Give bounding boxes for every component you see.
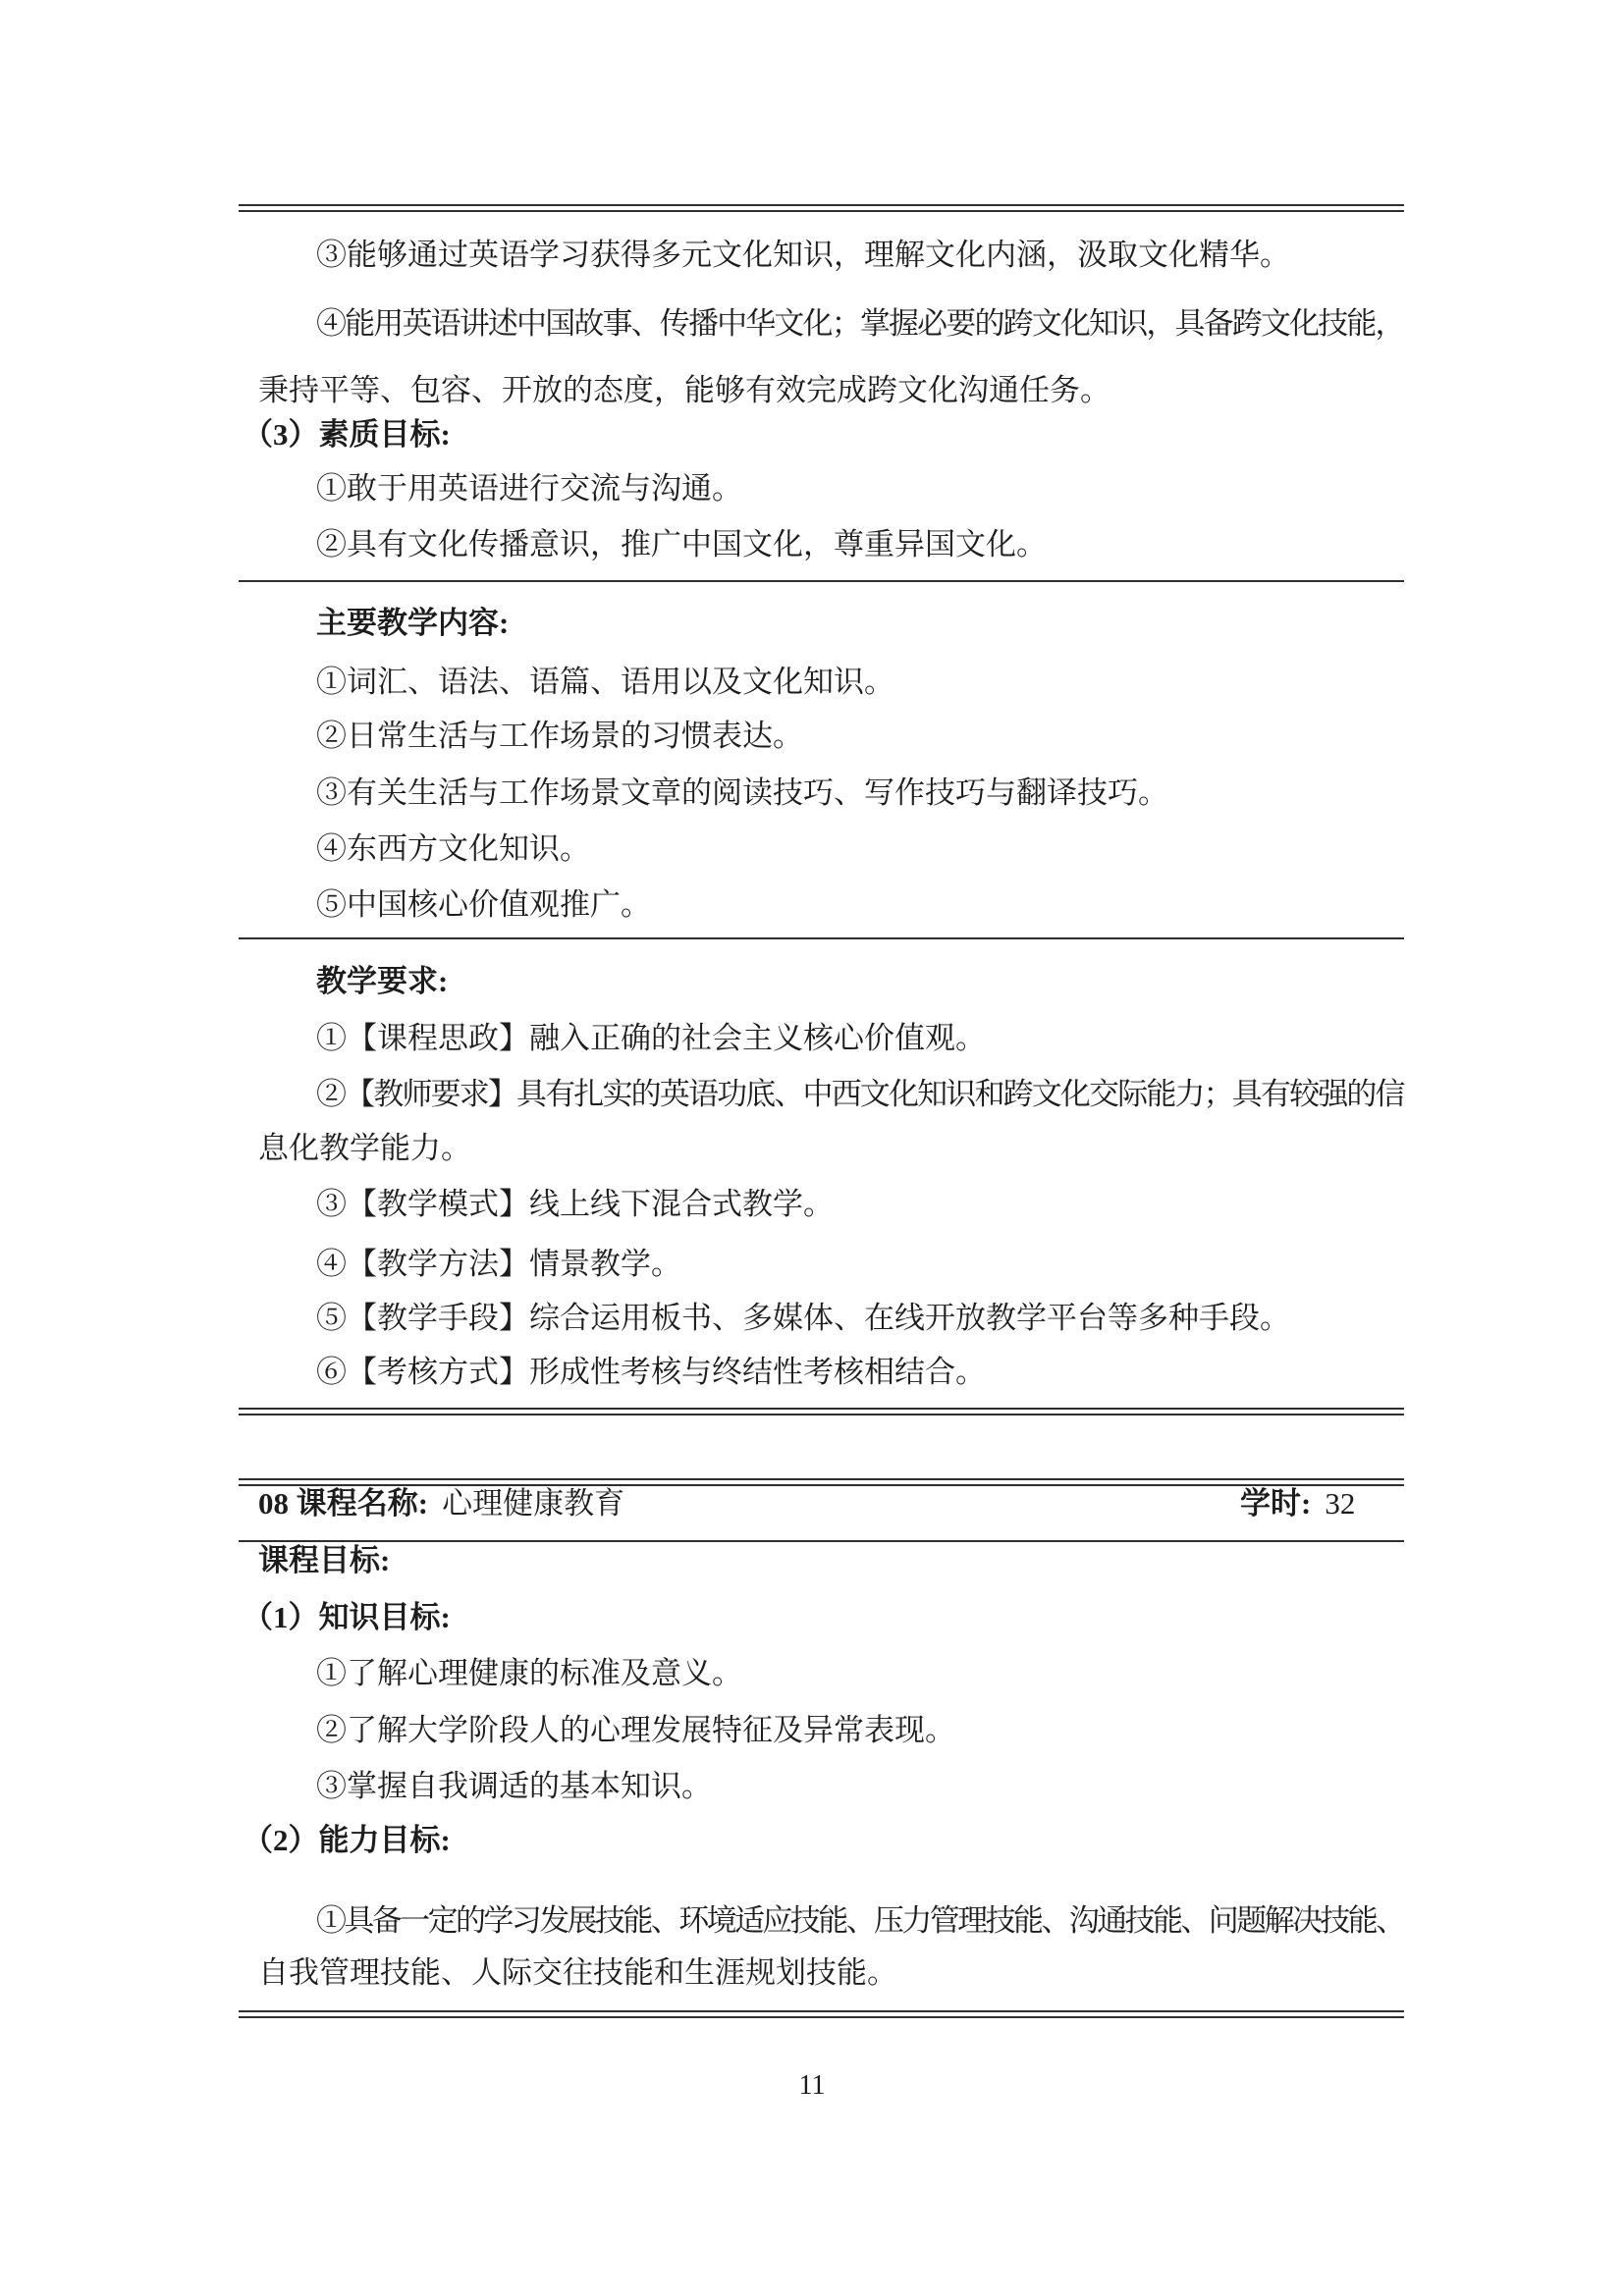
heading-teaching-requirements: 教学要求:	[316, 963, 448, 999]
knowledge-item1: ①了解心理健康的标准及意义。	[316, 1655, 742, 1691]
requirements-item5: ⑤【教学手段】综合运用板书、多媒体、在线开放教学平台等多种手段。	[316, 1300, 1290, 1336]
ability-item1-line2: 自我管理技能、人际交往技能和生涯规划技能。	[258, 1954, 897, 1991]
double-rule-course07-end	[239, 1408, 1404, 1415]
requirements-item1: ①【课程思政】融入正确的社会主义核心价值观。	[316, 1020, 986, 1056]
knowledge-item3: ③掌握自我调适的基本知识。	[316, 1768, 712, 1804]
course-name: 心理健康教育	[442, 1486, 624, 1521]
content-item5: ⑤中国核心价值观推广。	[316, 886, 651, 923]
course08-header-divider	[239, 1540, 1404, 1542]
content-item3: ③有关生活与工作场景文章的阅读技巧、写作技巧与翻译技巧。	[316, 774, 1168, 811]
paragraph-knowledge-item4-line2: 秉持平等、包容、开放的态度，能够有效完成跨文化沟通任务。	[258, 372, 1110, 408]
knowledge-item2: ②了解大学阶段人的心理发展特征及异常表现。	[316, 1712, 955, 1748]
course-hours: 学时:32	[1240, 1485, 1355, 1522]
course-number-label: 08 课程名称:	[258, 1486, 428, 1521]
double-rule-top	[239, 204, 1404, 212]
requirements-item2-line1: ②【教师要求】具有扎实的英语功底、中西文化知识和跨文化交际能力；具有较强的信	[316, 1076, 1404, 1112]
requirements-item6: ⑥【考核方式】形成性考核与终结性考核相结合。	[316, 1354, 986, 1390]
content-item2: ②日常生活与工作场景的习惯表达。	[316, 718, 803, 754]
heading-course-objectives: 课程目标:	[258, 1542, 390, 1578]
course08-title-row: 08 课程名称:心理健康教育	[258, 1485, 624, 1522]
heading-quality-objectives: （3）素质目标:	[243, 416, 451, 453]
requirements-item3: ③【教学模式】线上线下混合式教学。	[316, 1186, 834, 1222]
hours-value: 32	[1325, 1486, 1355, 1521]
paragraph-knowledge-item3: ③能够通过英语学习获得多元文化知识，理解文化内涵，汲取文化精华。	[316, 237, 1290, 273]
content-item4: ④东西方文化知识。	[316, 830, 590, 867]
heading-teaching-content: 主要教学内容:	[316, 605, 509, 641]
requirements-item2-line2: 息化教学能力。	[258, 1130, 471, 1166]
page-number: 11	[0, 2069, 1624, 2103]
quality-item2: ②具有文化传播意识，推广中国文化，尊重异国文化。	[316, 526, 1047, 562]
content-item1: ①词汇、语法、语篇、语用以及文化知识。	[316, 664, 894, 700]
document-page: ③能够通过英语学习获得多元文化知识，理解文化内涵，汲取文化精华。 ④能用英语讲述…	[0, 0, 1624, 2296]
section-divider-1	[239, 580, 1404, 582]
ability-item1-line1: ①具备一定的学习发展技能、环境适应技能、压力管理技能、沟通技能、问题解决技能、	[316, 1902, 1404, 1939]
hours-label: 学时:	[1240, 1486, 1311, 1521]
double-rule-bottom	[239, 2010, 1404, 2018]
quality-item1: ①敢于用英语进行交流与沟通。	[316, 470, 742, 507]
paragraph-knowledge-item4-line1: ④能用英语讲述中国故事、传播中华文化；掌握必要的跨文化知识，具备跨文化技能，	[316, 305, 1404, 342]
heading-knowledge-objectives: （1）知识目标:	[243, 1599, 451, 1635]
requirements-item4: ④【教学方法】情景教学。	[316, 1246, 681, 1282]
heading-ability-objectives: （2）能力目标:	[243, 1822, 451, 1858]
section-divider-2	[239, 937, 1404, 939]
